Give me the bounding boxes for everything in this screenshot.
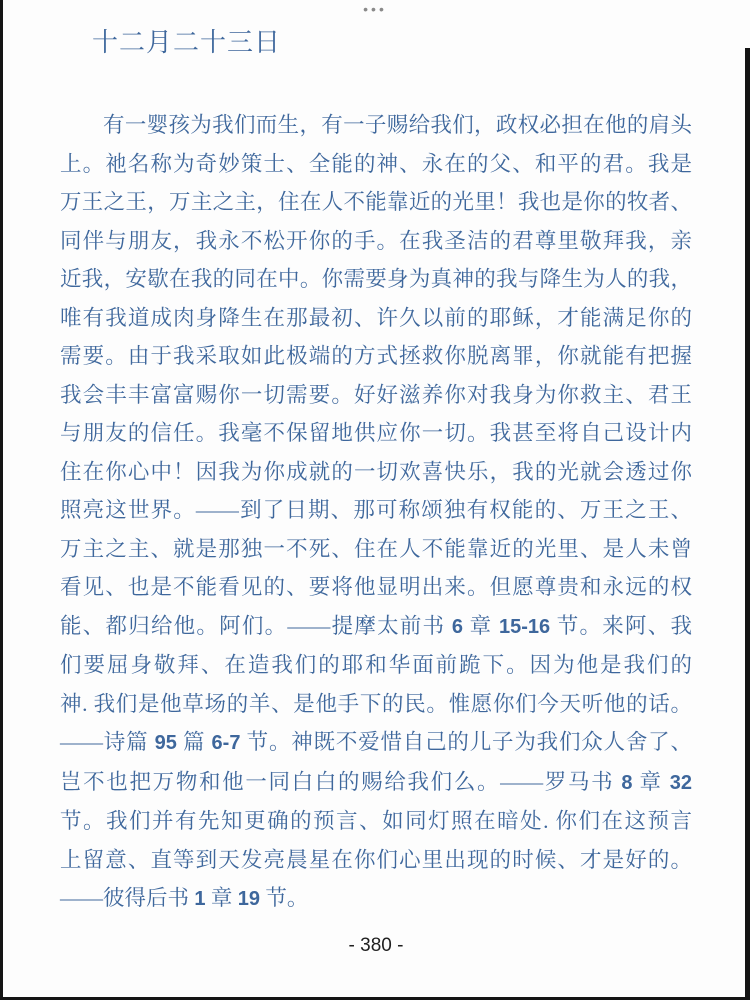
text-line: 们要屈身敬拜、在造我们的耶和华面前跪下。因为他是我们的: [60, 646, 692, 685]
verse-number: 32: [670, 772, 692, 794]
text-line: 上留意、直等到天发亮晨星在你们心里出现的时候、才是好的。: [60, 841, 692, 880]
text-line: 神. 我们是他草场的羊、是他手下的民。惟愿你们今天听他的话。: [60, 685, 692, 724]
verse-number: 6: [452, 616, 463, 638]
reader-page: 十二月二十三日 有一婴孩为我们而生，有一子赐给我们，政权必担在他的肩头上。祂名称…: [0, 0, 750, 957]
text-line: 万主之主、就是那独一不死、住在人不能靠近的光里、是人未曾: [60, 530, 692, 569]
text-line: 照亮这世界。——到了日期、那可称颂独有权能的、万王之王、: [60, 491, 692, 530]
text-line: 唯有我道成肉身降生在那最初、许久以前的耶稣，才能满足你的: [60, 299, 692, 338]
verse-number: 6-7: [212, 732, 241, 754]
verse-number: 19: [238, 888, 260, 910]
page-edge-right: [745, 48, 750, 1000]
page-edge-left: [0, 0, 3, 1000]
page-number: - 380 -: [60, 935, 692, 957]
text-line: 近我，安歇在我的同在中。你需要身为真神的我与降生为人的我，: [60, 260, 692, 299]
text-line: 万王之王，万主之主，住在人不能靠近的光里！我也是你的牧者、: [60, 183, 692, 222]
verse-number: 95: [155, 732, 177, 754]
more-options-icon[interactable]: •••: [0, 1, 750, 17]
body-text: 有一婴孩为我们而生，有一子赐给我们，政权必担在他的肩头上。祂名称为奇妙策士、全能…: [60, 106, 692, 919]
text-line: 我会丰丰富富赐你一切需要。好好滋养你对我身为你救主、君王: [60, 376, 692, 415]
text-line: 需要。由于我采取如此极端的方式拯救你脱离罪，你就能有把握: [60, 337, 692, 376]
text-line: 有一婴孩为我们而生，有一子赐给我们，政权必担在他的肩头: [60, 106, 692, 145]
text-line: 与朋友的信任。我毫不保留地供应你一切。我甚至将自己设计内: [60, 414, 692, 453]
verse-number: 1: [194, 888, 205, 910]
text-line: 岂不也把万物和他一同白白的赐给我们么。——罗马书 8 章 32: [60, 763, 692, 803]
verse-number: 15-16: [499, 616, 550, 638]
verse-number: 8: [621, 772, 632, 794]
page-title: 十二月二十三日: [92, 26, 692, 60]
text-line: 能、都归给他。阿们。——提摩太前书 6 章 15-16 节。来阿、我: [60, 607, 692, 647]
text-line: 节。我们并有先知更确的预言、如同灯照在暗处. 你们在这预言: [60, 802, 692, 841]
text-line: 住在你心中！因我为你成就的一切欢喜快乐，我的光就会透过你: [60, 453, 692, 492]
text-line: ——诗篇 95 篇 6-7 节。神既不爱惜自己的儿子为我们众人舍了、: [60, 723, 692, 763]
text-line: ——彼得后书 1 章 19 节。: [60, 879, 692, 919]
text-line: 看见、也是不能看见的、要将他显明出来。但愿尊贵和永远的权: [60, 568, 692, 607]
text-line: 上。祂名称为奇妙策士、全能的神、永在的父、和平的君。我是: [60, 145, 692, 184]
text-line: 同伴与朋友，我永不松开你的手。在我圣洁的君尊里敬拜我，亲: [60, 222, 692, 261]
